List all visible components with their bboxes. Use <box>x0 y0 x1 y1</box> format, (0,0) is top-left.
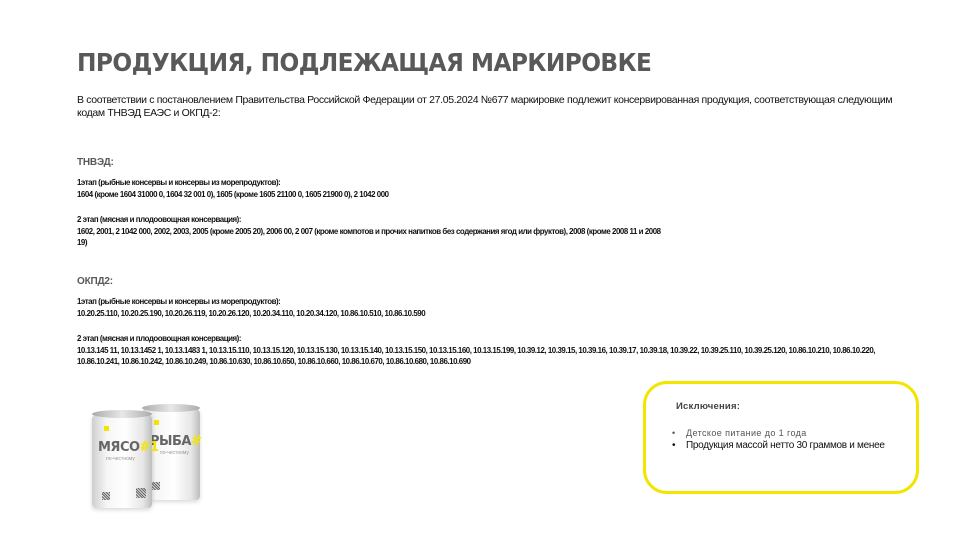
exclusion-item: Продукция массой нетто 30 граммов и мене… <box>672 440 892 452</box>
tnved-stage-1: 1этап (рыбные консервы и консервы из мор… <box>77 177 907 200</box>
exclusions-box: Исключения: Детское питание до 1 года Пр… <box>643 381 919 494</box>
exclusions-list: Детское питание до 1 года Продукция масс… <box>672 427 892 452</box>
qr-code-icon <box>102 492 110 500</box>
stage-codes: 1604 (кроме 1604 31000 0, 1604 32 001 0)… <box>77 189 905 201</box>
okpd2-heading: ОКПД2: <box>77 276 907 287</box>
can-tagline: по-честному <box>106 456 135 462</box>
stage-title: 2 этап (мясная и плодоовощная консерваци… <box>77 214 905 226</box>
product-cans-image: РЫБА# по-честному МЯСО#1 по-честному <box>70 400 210 510</box>
exclusion-item: Детское питание до 1 года <box>672 427 892 439</box>
exclusions-title: Исключения: <box>676 401 740 412</box>
intro-paragraph: В соответствии с постановлением Правител… <box>77 94 907 120</box>
tnved-section: ТНВЭД: 1этап (рыбные консервы и консервы… <box>77 157 907 263</box>
can-rim <box>92 410 152 418</box>
page-title: ПРОДУКЦИЯ, ПОДЛЕЖАЩАЯ МАРКИРОВКЕ <box>77 48 651 77</box>
can-rim <box>142 404 200 412</box>
qr-code-icon <box>136 488 146 498</box>
stage-codes: 10.13.145 11, 10.13.1452 1, 10.13.1483 1… <box>77 345 905 368</box>
stage-title: 1этап (рыбные консервы и консервы из мор… <box>77 177 905 189</box>
stage-title: 1этап (рыбные консервы и консервы из мор… <box>77 296 905 308</box>
qr-code-icon <box>152 482 160 490</box>
okpd2-stage-1: 1этап (рыбные консервы и консервы из мор… <box>77 296 907 319</box>
can-tagline: по-честному <box>160 450 189 456</box>
tnved-heading: ТНВЭД: <box>77 157 907 168</box>
brand-badge-icon <box>104 426 109 431</box>
okpd2-section: ОКПД2: 1этап (рыбные консервы и консервы… <box>77 276 907 382</box>
stage-codes: 10.20.25.110, 10.20.25.190, 10.20.26.119… <box>77 308 905 320</box>
can-brand-label: МЯСО#1 <box>98 440 159 455</box>
stage-codes: 1602, 2001, 2 1042 000, 2002, 2003, 2005… <box>77 226 666 249</box>
brand-badge-icon <box>154 420 159 425</box>
tnved-stage-2: 2 этап (мясная и плодоовощная консерваци… <box>77 214 907 249</box>
stage-title: 2 этап (мясная и плодоовощная консерваци… <box>77 333 905 345</box>
can-meat: МЯСО#1 по-честному <box>92 414 152 508</box>
okpd2-stage-2: 2 этап (мясная и плодоовощная консерваци… <box>77 333 907 368</box>
